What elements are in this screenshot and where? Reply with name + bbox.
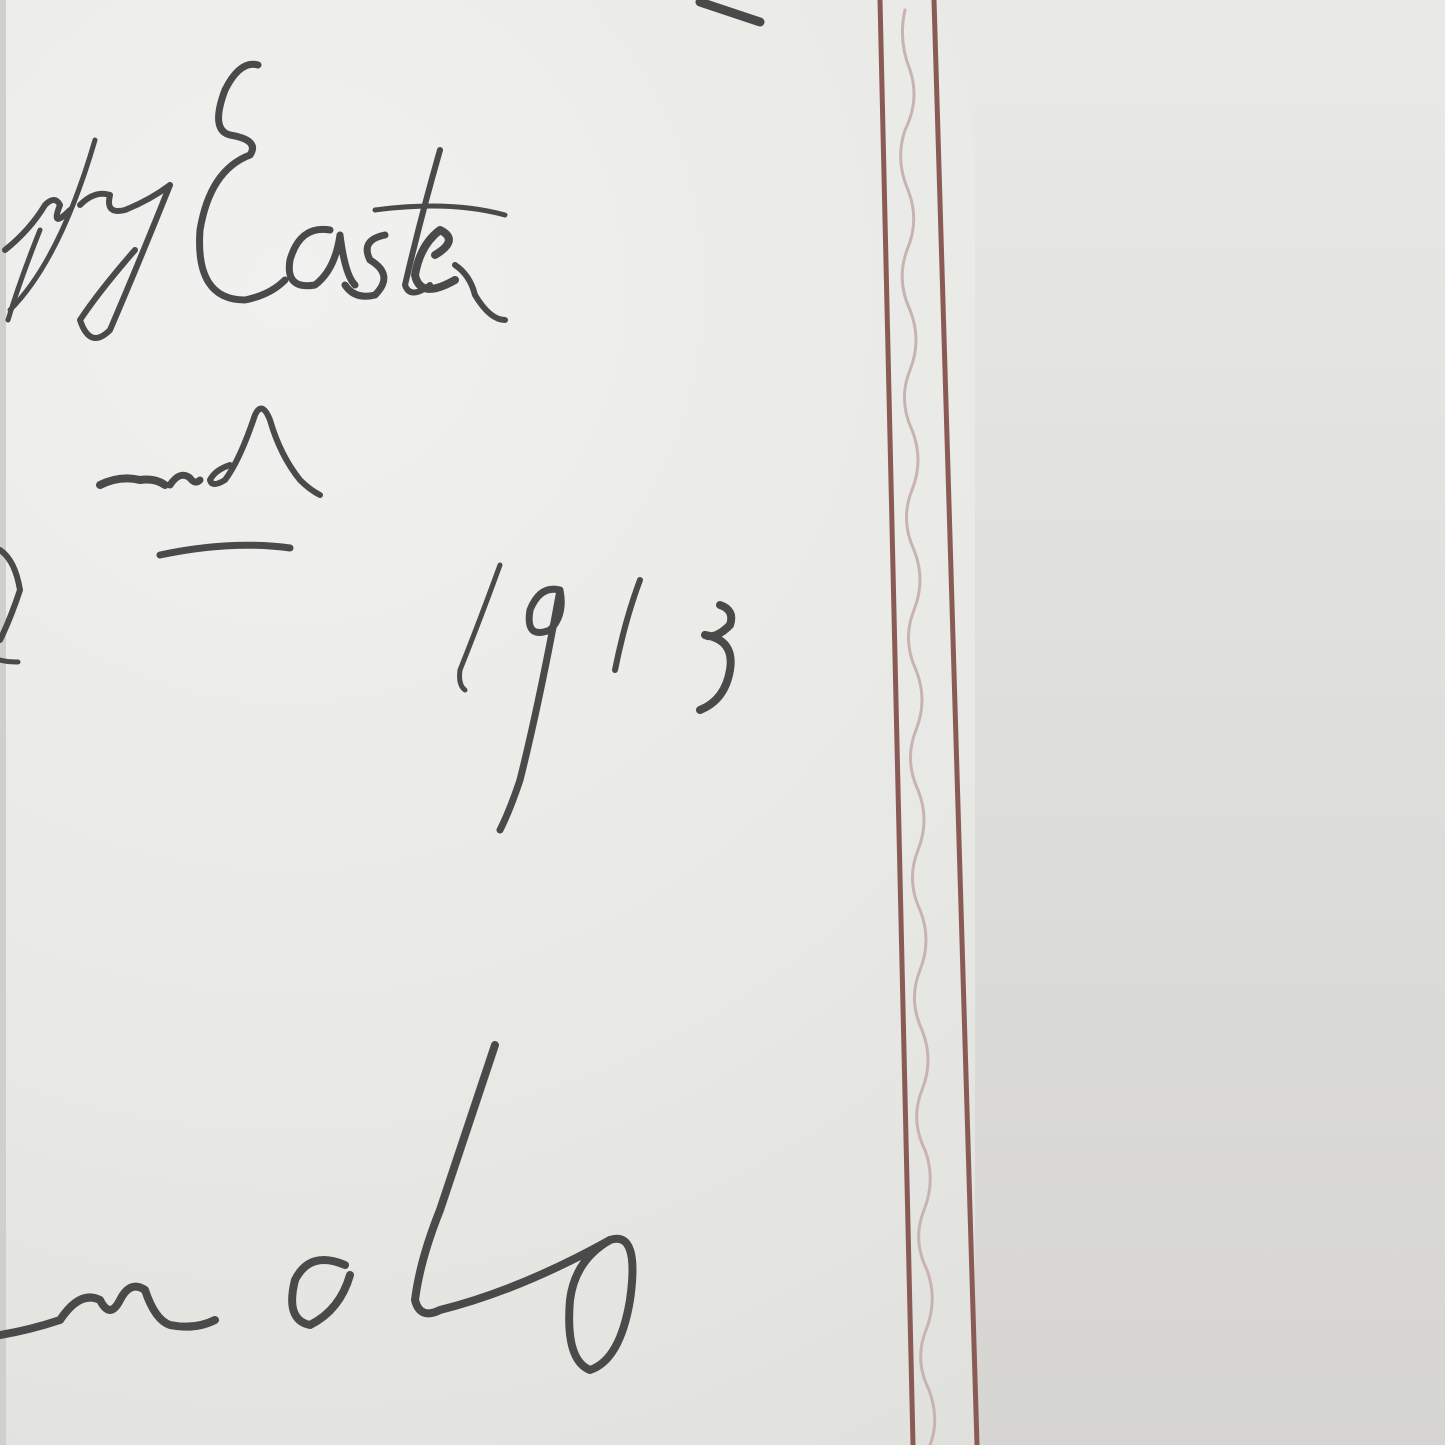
- postcard-artwork: [0, 0, 1445, 1445]
- handwriting-line-2: [100, 409, 320, 495]
- handwriting-line-4: [0, 1045, 633, 1370]
- ink-stroke-top: [700, 2, 760, 22]
- speck: [1208, 777, 1222, 787]
- blue-dot: [988, 224, 996, 232]
- handwriting-line-1: [5, 64, 505, 338]
- vertical-divider-border: [880, 0, 977, 1445]
- handwriting-line-3: [0, 545, 731, 830]
- postcard-photo: appy Easter and 2 .. 1913 ends: [0, 0, 1445, 1445]
- ink-dot: [191, 903, 209, 917]
- blue-dot: [1407, 277, 1419, 287]
- speck: [1052, 700, 1068, 708]
- stain: [80, 1230, 320, 1445]
- speck: [1341, 900, 1369, 908]
